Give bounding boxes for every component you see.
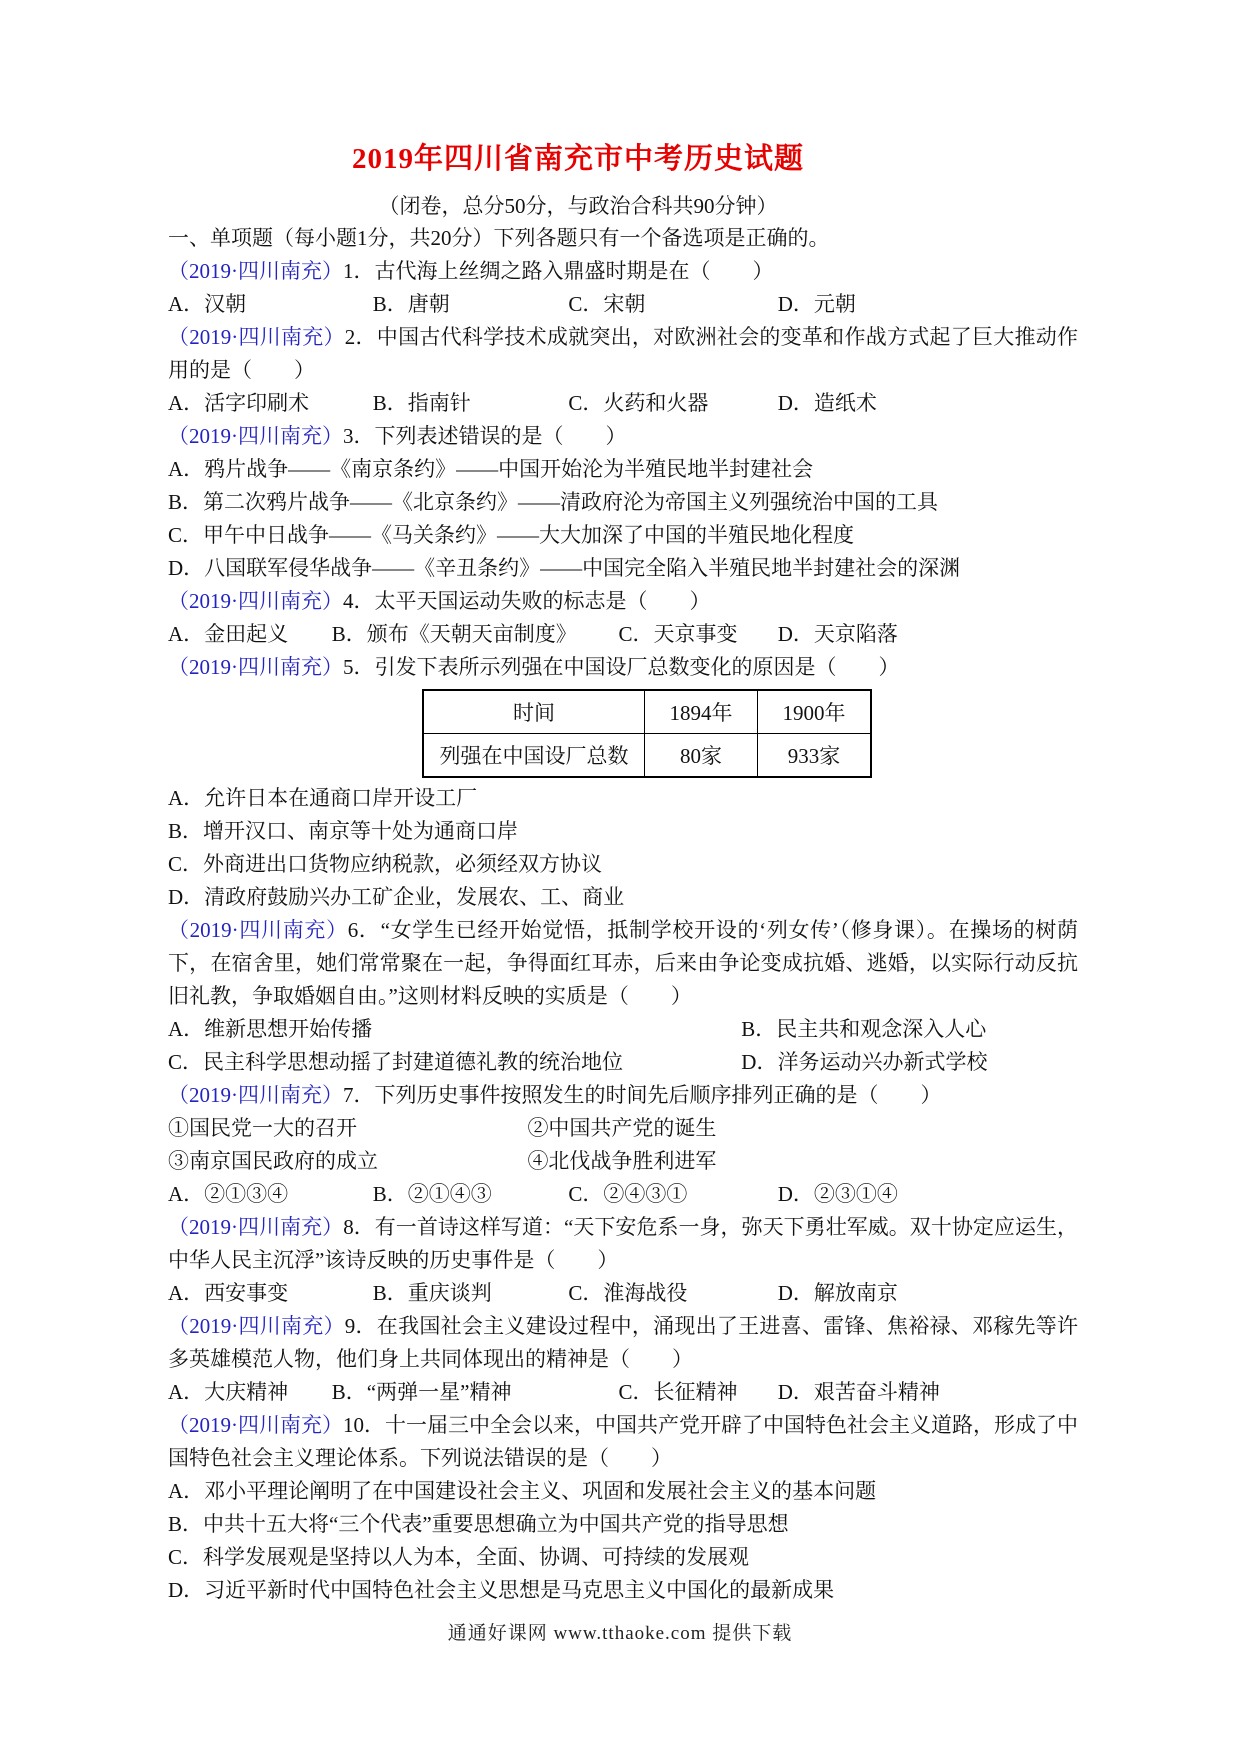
question-stem: （2019·四川南充）2．中国古代科学技术成就突出，对欧洲社会的变革和作战方式起… — [168, 321, 1078, 387]
question-stem: （2019·四川南充）1．古代海上丝绸之路入鼎盛时期是在（ ） — [168, 255, 1078, 288]
question-source-tag: （2019·四川南充） — [168, 424, 343, 448]
question-7: （2019·四川南充）7．下列历史事件按照发生的时间先后顺序排列正确的是（ ） … — [168, 1079, 1078, 1211]
question-stem-text: 5．引发下表所示列强在中国设厂总数变化的原因是（ ） — [343, 655, 900, 679]
option-c: C．外商进出口货物应纳税款，必须经双方协议 — [168, 848, 1078, 881]
item-2: ②中国共产党的诞生 — [527, 1112, 1078, 1145]
question-9: （2019·四川南充）9．在我国社会主义建设过程中，涌现出了王进喜、雷锋、焦裕禄… — [168, 1310, 1078, 1409]
question-5: （2019·四川南充）5．引发下表所示列强在中国设厂总数变化的原因是（ ） 时间… — [168, 651, 1078, 914]
question-stem: （2019·四川南充）5．引发下表所示列强在中国设厂总数变化的原因是（ ） — [168, 651, 1078, 684]
options-row: A．金田起义 B．颁布《天朝天亩制度》 C．天京事变 D．天京陷落 — [168, 618, 1078, 651]
option-a: A．西安事变 — [168, 1277, 373, 1310]
question-6: （2019·四川南充）6．“女学生已经开始觉悟，抵制学校开设的‘列女传’（修身课… — [168, 914, 1078, 1079]
option-b: B．“两弹一星”精神 — [332, 1376, 619, 1409]
section-heading: 一、单项题（每小题1分，共20分）下列各题只有一个备选项是正确的。 — [168, 222, 1078, 255]
option-c: C．宋朝 — [568, 288, 777, 321]
numbered-items-row: ①国民党一大的召开 ②中国共产党的诞生 — [168, 1112, 1078, 1145]
question-stem-text: 7．下列历史事件按照发生的时间先后顺序排列正确的是（ ） — [343, 1083, 942, 1107]
question-source-tag: （2019·四川南充） — [168, 259, 343, 283]
question-2: （2019·四川南充）2．中国古代科学技术成就突出，对欧洲社会的变革和作战方式起… — [168, 321, 1078, 420]
options-row: A．活字印刷术 B．指南针 C．火药和火器 D．造纸术 — [168, 387, 1078, 420]
exam-subtitle: （闭卷，总分50分，与政治合科共90分钟） — [168, 190, 988, 222]
option-a: A．大庆精神 — [168, 1376, 332, 1409]
option-d: D．造纸术 — [778, 387, 1078, 420]
question-stem: （2019·四川南充）6．“女学生已经开始觉悟，抵制学校开设的‘列女传’（修身课… — [168, 914, 1078, 1013]
option-a: A．活字印刷术 — [168, 387, 373, 420]
question-stem-text: 3．下列表述错误的是（ ） — [343, 424, 627, 448]
option-b: B．增开汉口、南京等十处为通商口岸 — [168, 815, 1078, 848]
option-d: D．清政府鼓励兴办工矿企业，发展农、工、商业 — [168, 881, 1078, 914]
exam-content: 2019年四川省南充市中考历史试题 （闭卷，总分50分，与政治合科共90分钟） … — [168, 138, 1078, 1607]
question-source-tag: （2019·四川南充） — [168, 1215, 343, 1239]
table-row: 列强在中国设厂总数 80家 933家 — [423, 734, 871, 778]
option-c: C．民主科学思想动摇了封建道德礼教的统治地位 — [168, 1046, 741, 1079]
question-10: （2019·四川南充）10．十一届三中全会以来，中国共产党开辟了中国特色社会主义… — [168, 1409, 1078, 1607]
question-4: （2019·四川南充）4．太平天国运动失败的标志是（ ） A．金田起义 B．颁布… — [168, 585, 1078, 651]
factories-table: 时间 1894年 1900年 列强在中国设厂总数 80家 933家 — [422, 689, 872, 778]
options-row: A．大庆精神 B．“两弹一星”精神 C．长征精神 D．艰苦奋斗精神 — [168, 1376, 1078, 1409]
question-source-tag: （2019·四川南充） — [168, 655, 343, 679]
download-footer: 通通好课网 www.tthaoke.com 提供下载 — [0, 1618, 1240, 1645]
table-row: 时间 1894年 1900年 — [423, 690, 871, 734]
item-3: ③南京国民政府的成立 — [168, 1145, 527, 1178]
option-b: B．指南针 — [373, 387, 569, 420]
option-a: A．邓小平理论阐明了在中国建设社会主义、巩固和发展社会主义的基本问题 — [168, 1475, 1078, 1508]
question-stem: （2019·四川南充）8．有一首诗这样写道：“天下安危系一身，弥天下勇壮军威。双… — [168, 1211, 1078, 1277]
table-cell: 1894年 — [645, 690, 758, 734]
option-b: B．唐朝 — [373, 288, 569, 321]
question-source-tag: （2019·四川南充） — [168, 1413, 343, 1437]
option-a: A．金田起义 — [168, 618, 332, 651]
option-a: A．汉朝 — [168, 288, 373, 321]
option-c: C．甲午中日战争——《马关条约》——大大加深了中国的半殖民地化程度 — [168, 519, 1078, 552]
question-stem: （2019·四川南充）7．下列历史事件按照发生的时间先后顺序排列正确的是（ ） — [168, 1079, 1078, 1112]
option-d: D．洋务运动兴办新式学校 — [741, 1046, 1078, 1079]
option-c: C．科学发展观是坚持以人为本，全面、协调、可持续的发展观 — [168, 1541, 1078, 1574]
question-source-tag: （2019·四川南充） — [168, 589, 343, 613]
question-1: （2019·四川南充）1．古代海上丝绸之路入鼎盛时期是在（ ） A．汉朝 B．唐… — [168, 255, 1078, 321]
exam-paper-page: 2019年四川省南充市中考历史试题 （闭卷，总分50分，与政治合科共90分钟） … — [0, 0, 1240, 1754]
table-cell: 933家 — [758, 734, 872, 778]
question-stem-text: 1．古代海上丝绸之路入鼎盛时期是在（ ） — [343, 259, 774, 283]
options-row: A．②①③④ B．②①④③ C．②④③① D．②③①④ — [168, 1178, 1078, 1211]
options-row: A．西安事变 B．重庆谈判 C．淮海战役 D．解放南京 — [168, 1277, 1078, 1310]
option-d: D．②③①④ — [778, 1178, 1078, 1211]
option-b: B．②①④③ — [373, 1178, 569, 1211]
question-3: （2019·四川南充）3．下列表述错误的是（ ） A．鸦片战争——《南京条约》—… — [168, 420, 1078, 585]
options-row: A．汉朝 B．唐朝 C．宋朝 D．元朝 — [168, 288, 1078, 321]
table-cell: 列强在中国设厂总数 — [423, 734, 645, 778]
page-title: 2019年四川省南充市中考历史试题 — [168, 138, 988, 180]
question-stem: （2019·四川南充）10．十一届三中全会以来，中国共产党开辟了中国特色社会主义… — [168, 1409, 1078, 1475]
option-a: A．鸦片战争——《南京条约》——中国开始沦为半殖民地半封建社会 — [168, 453, 1078, 486]
table-cell: 时间 — [423, 690, 645, 734]
option-b: B．中共十五大将“三个代表”重要思想确立为中国共产党的指导思想 — [168, 1508, 1078, 1541]
option-d: D．习近平新时代中国特色社会主义思想是马克思主义中国化的最新成果 — [168, 1574, 1078, 1607]
table-cell: 80家 — [645, 734, 758, 778]
option-c: C．淮海战役 — [568, 1277, 777, 1310]
option-c: C．②④③① — [568, 1178, 777, 1211]
option-a: A．允许日本在通商口岸开设工厂 — [168, 782, 1078, 815]
option-d: D．八国联军侵华战争——《辛丑条约》——中国完全陷入半殖民地半封建社会的深渊 — [168, 552, 1078, 585]
option-b: B．重庆谈判 — [373, 1277, 569, 1310]
question-8: （2019·四川南充）8．有一首诗这样写道：“天下安危系一身，弥天下勇壮军威。双… — [168, 1211, 1078, 1310]
question-stem-text: 4．太平天国运动失败的标志是（ ） — [343, 589, 711, 613]
option-c: C．火药和火器 — [568, 387, 777, 420]
item-1: ①国民党一大的召开 — [168, 1112, 527, 1145]
numbered-items-row: ③南京国民政府的成立 ④北伐战争胜利进军 — [168, 1145, 1078, 1178]
option-d: D．解放南京 — [778, 1277, 1078, 1310]
table-cell: 1900年 — [758, 690, 872, 734]
option-b: B．颁布《天朝天亩制度》 — [332, 618, 619, 651]
option-a: A．②①③④ — [168, 1178, 373, 1211]
option-d: D．天京陷落 — [778, 618, 1078, 651]
option-c: C．天京事变 — [618, 618, 777, 651]
question-stem: （2019·四川南充）3．下列表述错误的是（ ） — [168, 420, 1078, 453]
question-source-tag: （2019·四川南充） — [168, 325, 345, 349]
option-a: A．维新思想开始传播 — [168, 1013, 741, 1046]
question-stem: （2019·四川南充）9．在我国社会主义建设过程中，涌现出了王进喜、雷锋、焦裕禄… — [168, 1310, 1078, 1376]
option-c: C．长征精神 — [618, 1376, 777, 1409]
question-source-tag: （2019·四川南充） — [168, 918, 348, 942]
option-b: B．民主共和观念深入人心 — [741, 1013, 1078, 1046]
question-source-tag: （2019·四川南充） — [168, 1083, 343, 1107]
question-stem: （2019·四川南充）4．太平天国运动失败的标志是（ ） — [168, 585, 1078, 618]
option-d: D．艰苦奋斗精神 — [778, 1376, 1078, 1409]
option-d: D．元朝 — [778, 288, 1078, 321]
item-4: ④北伐战争胜利进军 — [527, 1145, 1078, 1178]
options-row: A．维新思想开始传播 B．民主共和观念深入人心 — [168, 1013, 1078, 1046]
question-source-tag: （2019·四川南充） — [168, 1314, 345, 1338]
option-b: B．第二次鸦片战争——《北京条约》——清政府沦为帝国主义列强统治中国的工具 — [168, 486, 1078, 519]
options-row: C．民主科学思想动摇了封建道德礼教的统治地位 D．洋务运动兴办新式学校 — [168, 1046, 1078, 1079]
